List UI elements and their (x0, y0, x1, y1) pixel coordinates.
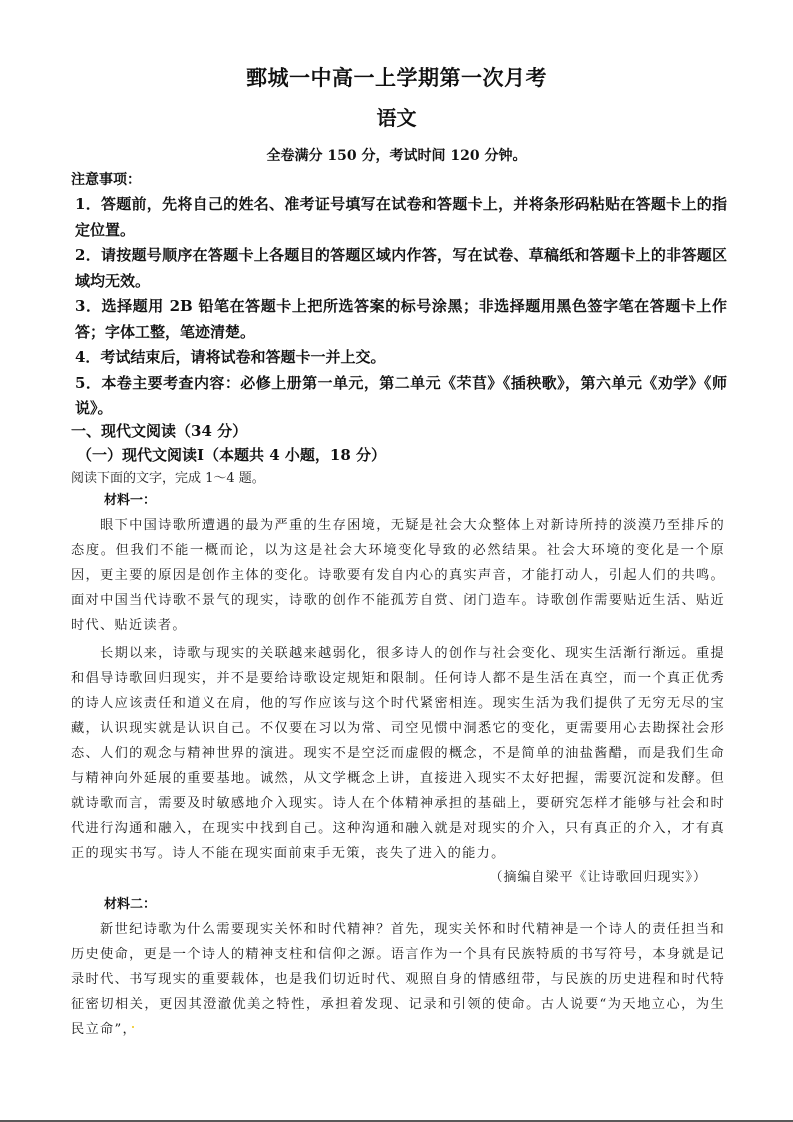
material-1-paragraph: 长期以来，诗歌与现实的关联越来越弱化，很多诗人的创作与社会变化、现实生活渐行渐远… (71, 641, 725, 866)
material-1-label: 材料一： (104, 491, 156, 511)
subject-title: 语文 (0, 104, 793, 132)
notices-list: 1．答题前，先将自己的姓名、准考证号填写在试卷和答题卡上，并将条形码粘贴在答题卡… (71, 192, 727, 422)
scan-speck (132, 1026, 134, 1028)
exam-title: 鄄城一中高一上学期第一次月考 (0, 64, 793, 92)
exam-page: 鄄城一中高一上学期第一次月考 语文 全卷满分 150 分，考试时间 120 分钟… (0, 0, 793, 1122)
subsection-heading: （一）现代文阅读Ⅰ（本题共 4 小题，18 分） (77, 444, 386, 466)
notice-item: 2．请按题号顺序在答题卡上各题目的答题区域内作答，写在试卷、草稿纸和答题卡上的非… (71, 243, 727, 294)
notice-item: 5．本卷主要考查内容：必修上册第一单元，第二单元《芣苢》《插秧歌》，第六单元《劝… (71, 371, 727, 422)
notice-item: 1．答题前，先将自己的姓名、准考证号填写在试卷和答题卡上，并将条形码粘贴在答题卡… (71, 192, 727, 243)
score-info: 全卷满分 150 分，考试时间 120 分钟。 (0, 146, 793, 166)
material-1-source: （摘编自梁平《让诗歌回归现实》） (489, 868, 707, 888)
material-2-paragraph: 新世纪诗歌为什么需要现实关怀和时代精神？首先，现实关怀和时代精神是一个诗人的责任… (71, 917, 725, 1042)
material-2-label: 材料二： (104, 895, 156, 915)
reading-instruction: 阅读下面的文字，完成 1～4 题。 (71, 469, 265, 489)
section-heading: 一、现代文阅读（34 分） (71, 420, 247, 442)
notices-heading: 注意事项： (71, 170, 141, 190)
material-1-paragraph: 眼下中国诗歌所遭遇的最为严重的生存困境，无疑是社会大众整体上对新诗所持的淡漠乃至… (71, 513, 725, 638)
notice-item: 4．考试结束后，请将试卷和答题卡一并上交。 (71, 345, 727, 371)
notice-item: 3．选择题用 2B 铅笔在答题卡上把所选答案的标号涂黑；非选择题用黑色签字笔在答… (71, 294, 727, 345)
